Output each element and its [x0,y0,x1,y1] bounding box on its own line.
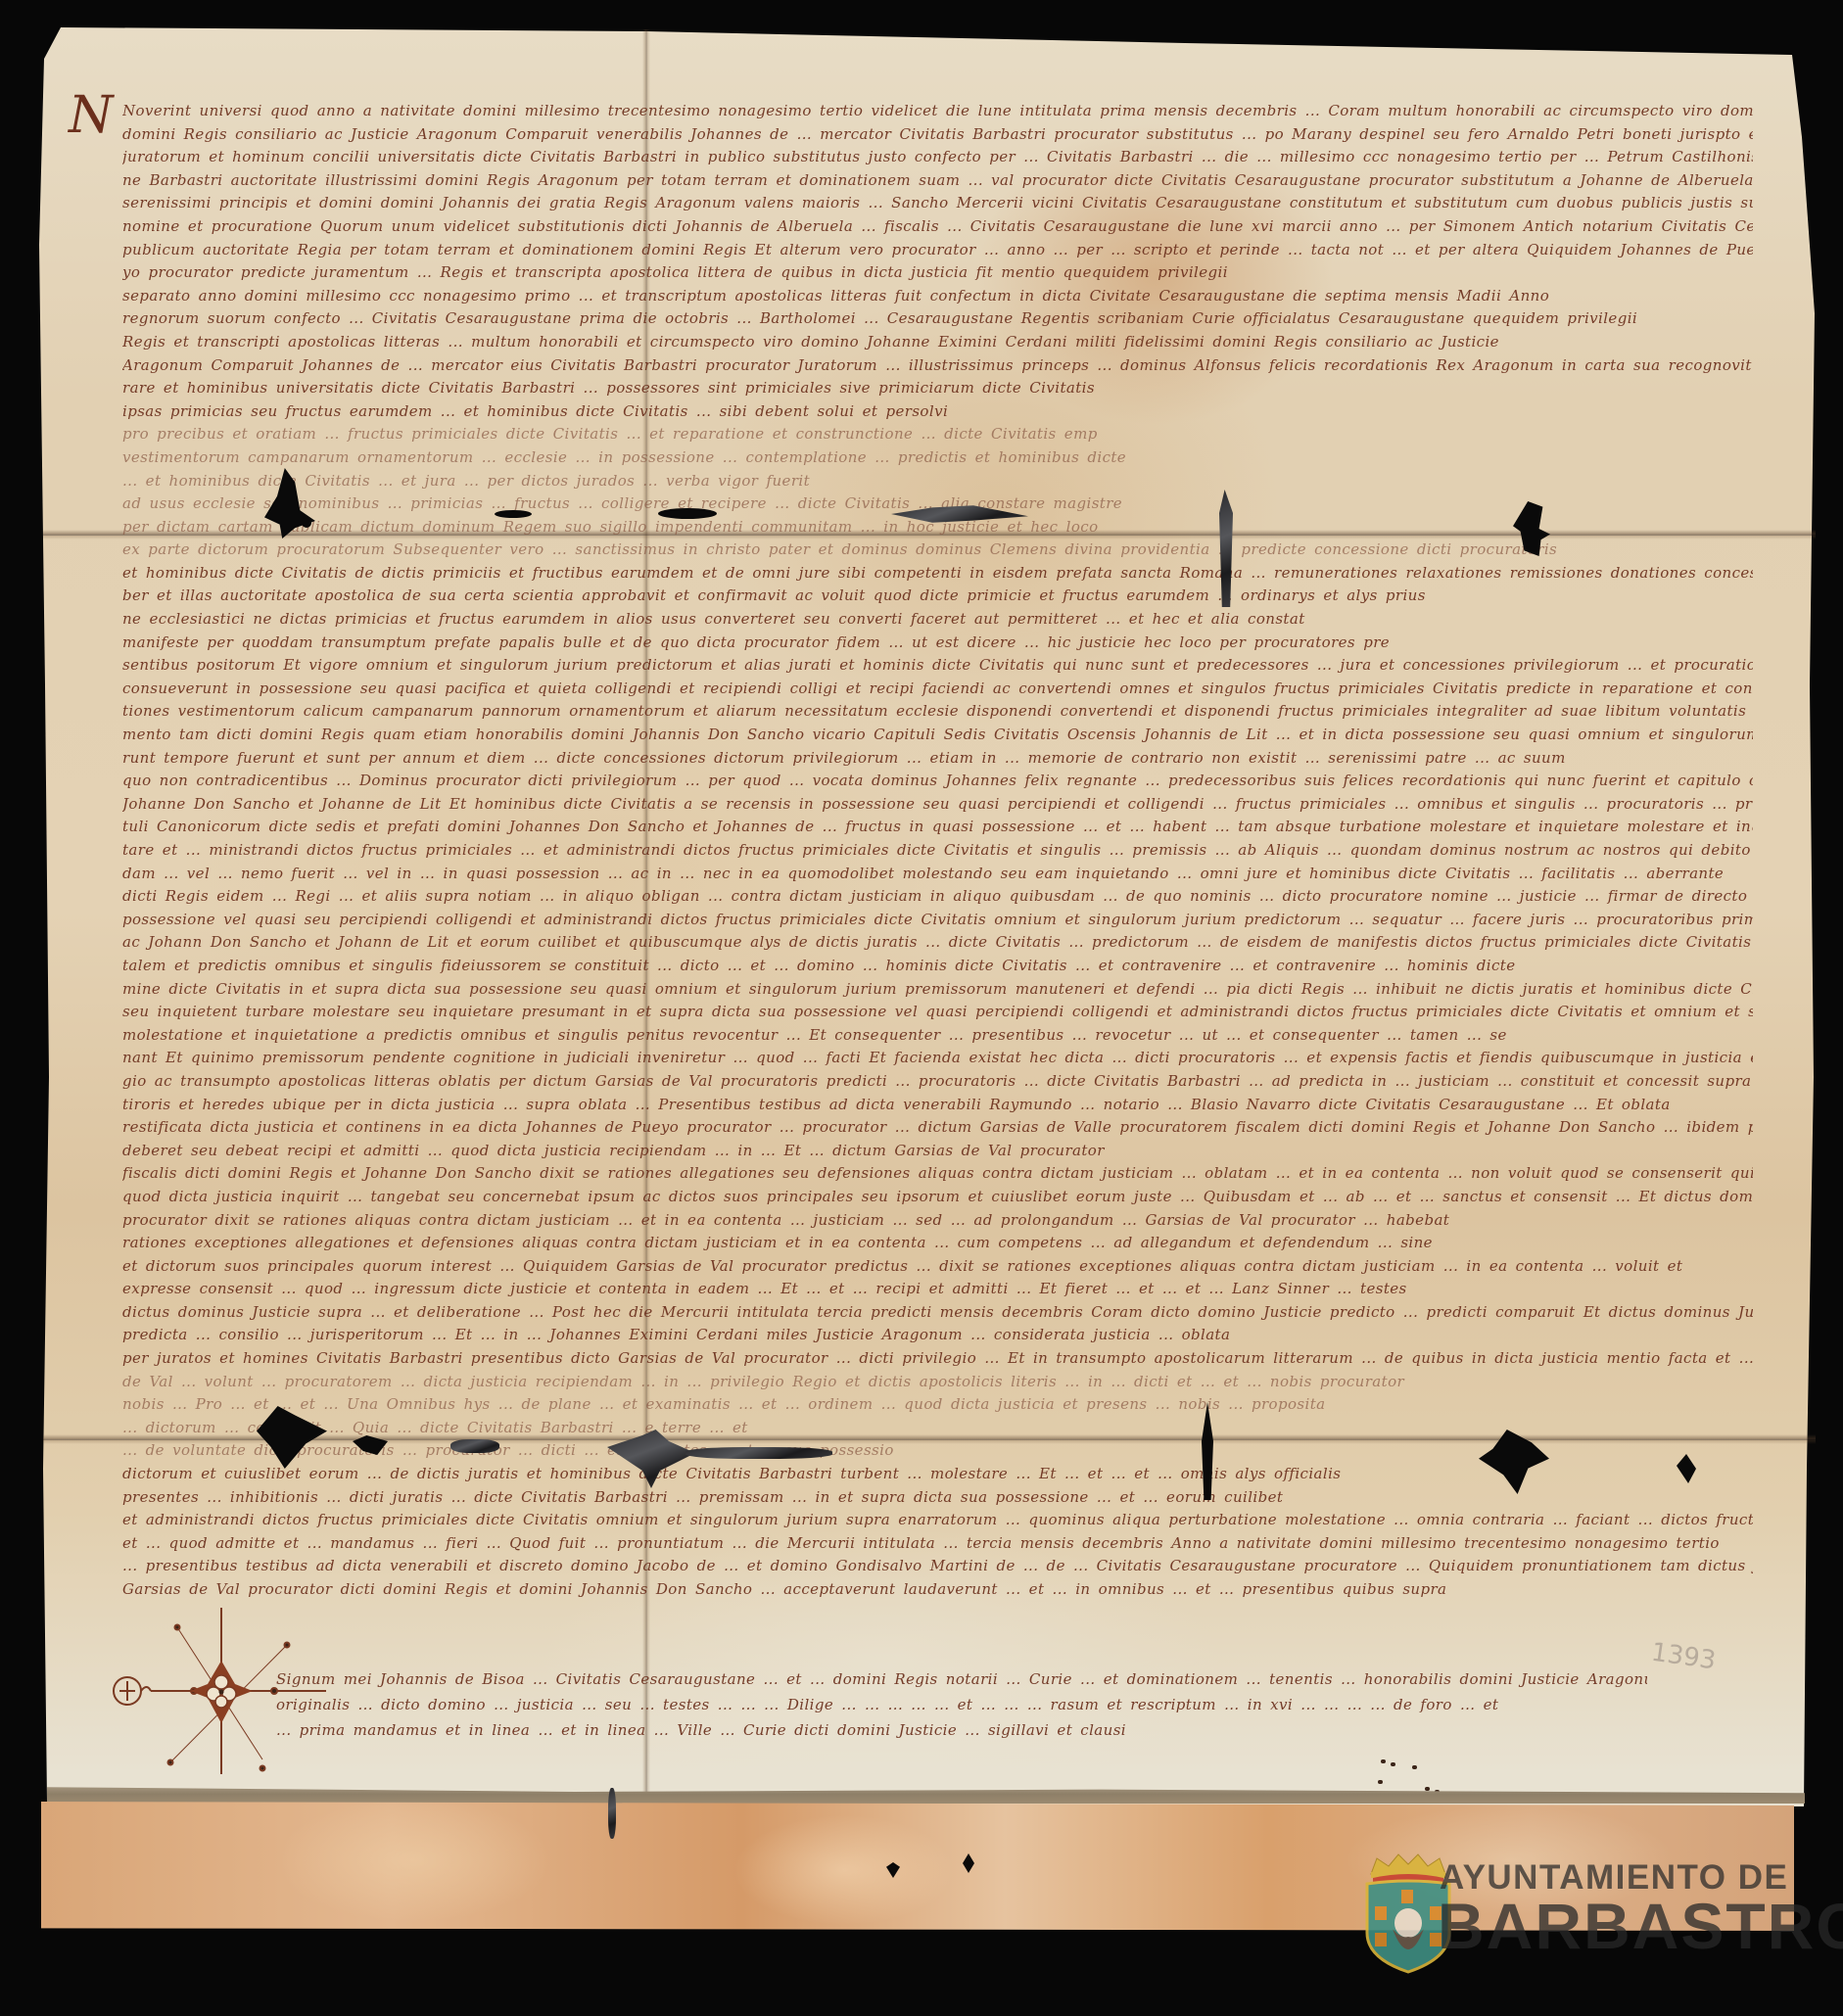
subscription-line: Signum mei Johannis de Bisoa ... Civitat… [276,1666,1647,1692]
manuscript-line: dicti Regis eidem ... Regi ... et aliis … [122,885,1753,909]
manuscript-line: gio ac transumpto apostolicas litteras o… [122,1070,1753,1094]
manuscript-line: serenissimi principis et domini domini J… [122,192,1753,215]
manuscript-line: procurator dixit se rationes aliquas con… [122,1209,1753,1233]
manuscript-line: nobis ... Pro ... et ... et ... Una Omni… [122,1393,1753,1417]
manuscript-line: Aragonum Comparuit Johannes de ... merca… [122,354,1753,378]
manuscript-line: tuli Canonicorum dicte sedis et prefati … [122,816,1753,839]
manuscript-line: deberet seu debeat recipi et admitti ...… [122,1140,1753,1163]
subscription-line: ... prima mandamus et in linea ... et in… [276,1717,1647,1743]
manuscript-line: dictus dominus Justicie supra ... et del… [122,1301,1753,1325]
manuscript-line: pro precibus et oratiam ... fructus prim… [122,423,1753,446]
watermark-ayuntamiento-barbastro: AYUNTAMIENTO DE BARBASTRO [1359,1852,1843,1980]
manuscript-line: presentes ... inhibitionis ... dicti jur… [122,1486,1753,1510]
fold-tear [608,1788,616,1839]
parchment-hole [495,510,532,518]
manuscript-line: domini Regis consiliario ac Justicie Ara… [122,123,1753,147]
ink-speck [1425,1787,1430,1791]
manuscript-line: consueverunt in possessione seu quasi pa… [122,678,1753,701]
manuscript-line: et hominibus dicte Civitatis de dictis p… [122,562,1753,586]
manuscript-line: et administrandi dictos fructus primicia… [122,1509,1753,1532]
manuscript-line: ne ecclesiastici ne dictas primicias et … [122,608,1753,632]
manuscript-line: publicum auctoritate Regia per totam ter… [122,239,1753,262]
manuscript-line: ber et illas auctoritate apostolica de s… [122,585,1753,608]
manuscript-line: ipsas primicias seu fructus earumdem ...… [122,400,1753,424]
manuscript-line: sentibus positorum Et vigore omnium et s… [122,654,1753,678]
manuscript-line: manifeste per quoddam transumptum prefat… [122,632,1753,655]
manuscript-line: per juratos et homines Civitatis Barbast… [122,1347,1753,1371]
manuscript-line: rare et hominibus universitatis dicte Ci… [122,377,1753,400]
document-body: Noverint universi quod anno a nativitate… [122,100,1753,1602]
manuscript-line: molestatione et inquietatione a predicti… [122,1024,1753,1048]
manuscript-line: ac Johann Don Sancho et Johann de Lit et… [122,931,1753,955]
manuscript-line: rationes exceptiones allegationes et def… [122,1232,1753,1255]
manuscript-line: Regis et transcripti apostolicas littera… [122,331,1753,354]
ink-speck [1412,1765,1417,1769]
manuscript-line: predicta ... consilio ... jurisperitorum… [122,1324,1753,1347]
manuscript-line: regnorum suorum confecto ... Civitatis C… [122,307,1753,331]
manuscript-line: et dictorum suos principales quorum inte… [122,1255,1753,1279]
manuscript-line: tare et ... ministrandi dictos fructus p… [122,839,1753,863]
manuscript-line: mine dicte Civitatis in et supra dicta s… [122,978,1753,1002]
subscription-line: originalis ... dicto domino ... justicia… [276,1692,1647,1717]
manuscript-line: restificata dicta justicia et continens … [122,1116,1753,1140]
ink-speck [1391,1762,1395,1766]
manuscript-line: Noverint universi quod anno a nativitate… [122,100,1753,123]
manuscript-line: dam ... vel ... nemo fuerit ... vel in .… [122,863,1753,886]
manuscript-line: tiroris et heredes ubique per in dicta j… [122,1094,1753,1117]
manuscript-line: yo procurator predicte juramentum ... Re… [122,261,1753,285]
manuscript-line: expresse consensit ... quod ... ingressu… [122,1278,1753,1301]
manuscript-line: quod dicta justicia inquirit ... tangeba… [122,1186,1753,1209]
decorated-initial: N [69,90,114,141]
manuscript-line: quo non contradicentibus ... Dominus pro… [122,770,1753,793]
manuscript-line: mento tam dicti domini Regis quam etiam … [122,724,1753,747]
parchment-tear [685,1447,832,1459]
manuscript-line: juratorum et hominum concilii universita… [122,146,1753,169]
manuscript-line: ne Barbastri auctoritate illustrissimi d… [122,169,1753,193]
manuscript-line: ... presentibus testibus ad dicta venera… [122,1555,1753,1578]
manuscript-line: nant Et quinimo premissorum pendente cog… [122,1047,1753,1070]
ink-speck [1381,1759,1386,1763]
manuscript-line: fiscalis dicti domini Regis et Johanne D… [122,1162,1753,1186]
parchment-tear [450,1439,499,1453]
manuscript-line: talem et predictis omnibus et singulis f… [122,955,1753,978]
parchment-hole [658,508,717,519]
manuscript-line: ... et hominibus dicte Civitatis ... et … [122,470,1753,493]
manuscript-line: possessione vel quasi seu percipiendi co… [122,909,1753,932]
parchment-hole [302,518,311,528]
manuscript-line: seu inquietent turbare molestare seu inq… [122,1001,1753,1024]
manuscript-line: ex parte dictorum procuratorum Subsequen… [122,539,1753,562]
manuscript-line: Johanne Don Sancho et Johanne de Lit Et … [122,793,1753,817]
manuscript-line: nomine et procuratione Quorum unum videl… [122,215,1753,239]
ink-speck [1378,1780,1383,1784]
manuscript-line: runt tempore fuerunt et sunt per annum e… [122,747,1753,771]
watermark-line2: BARBASTRO [1438,1894,1843,1958]
scan-background: N Noverint universi quod anno a nativita… [0,0,1843,2016]
manuscript-line: tiones vestimentorum calicum campanarum … [122,700,1753,724]
manuscript-line: Garsias de Val procurator dicti domini R… [122,1578,1753,1602]
notary-subscription: Signum mei Johannis de Bisoa ... Civitat… [276,1666,1647,1743]
manuscript-line: de Val ... volunt ... procuratorem ... d… [122,1371,1753,1394]
manuscript-line: separato anno domini millesimo ccc nonag… [122,285,1753,308]
manuscript-line: vestimentorum campanarum ornamentorum ..… [122,446,1753,470]
manuscript-line: et ... quod admitte et ... mandamus ... … [122,1532,1753,1556]
